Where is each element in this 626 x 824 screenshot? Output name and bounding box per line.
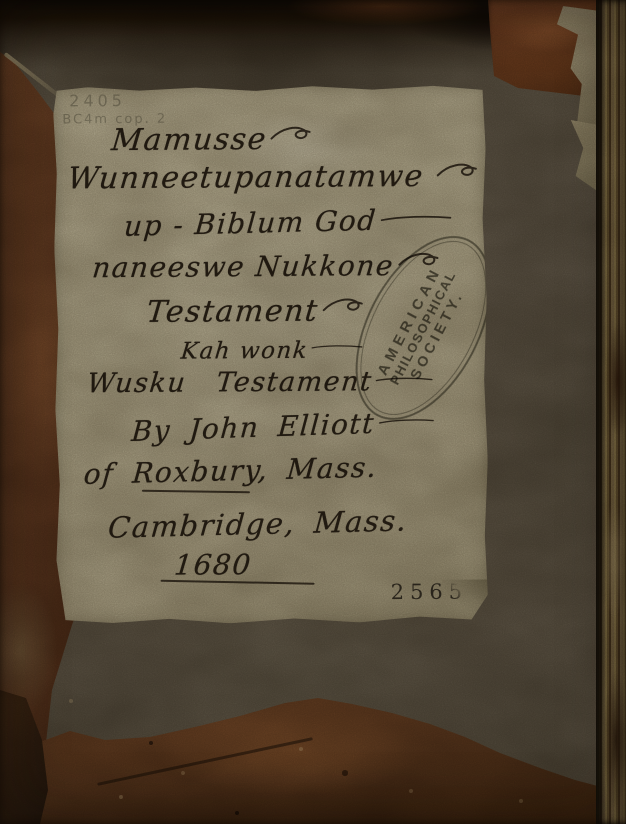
stamp-line: SOCIETY. [407, 288, 467, 383]
handwritten-text: up - Biblum God [123, 204, 378, 243]
handwritten-line-kah-wonk: Kah wonk [181, 337, 363, 364]
handwritten-line-up-biblum-god: up - Biblum God [124, 202, 452, 243]
handwritten-text: Kah wonk [180, 338, 310, 365]
book-cover-photo: 2405 BC4m cop. 2 Mamusse Wunneetupanatam… [0, 0, 626, 824]
handwritten-text: Testament [145, 294, 320, 330]
handwritten-text: naneeswe Nukkone [91, 249, 396, 284]
handwritten-text: Cambridge, Mass. [107, 503, 409, 544]
handwritten-line-testament: Testament [147, 293, 366, 330]
frayed-spine-edge [596, 0, 626, 824]
pen-flourish [427, 160, 489, 180]
handwritten-line-of-roxbury: of Roxbury, Mass. [83, 451, 377, 491]
label-corner-curl [443, 579, 489, 621]
handwritten-text: Wunneetupanatamwe [66, 159, 426, 197]
handwritten-line-wunneetupanatamwe: Wunneetupanatamwe [68, 158, 489, 196]
handwritten-text: 1680 [173, 548, 254, 582]
handwritten-line-cambridge: Cambridge, Mass. [108, 503, 408, 544]
pencil-call-number: 2405 [69, 91, 126, 110]
pen-flourish [321, 295, 365, 315]
leather-patch-bottom [0, 680, 626, 824]
pen-flourish [380, 211, 452, 225]
pasted-paper-label: 2405 BC4m cop. 2 Mamusse Wunneetupanatam… [53, 84, 489, 624]
handwritten-text: Mamusse [110, 122, 269, 158]
handwritten-text: of Roxbury, Mass. [83, 451, 379, 491]
leather-speckles [0, 0, 2, 2]
handwritten-text: By John Elliott [130, 407, 376, 448]
handwritten-text: Wusku Testament [86, 366, 374, 399]
pen-flourish [311, 340, 363, 352]
pen-flourish [270, 124, 314, 144]
stamp-line: PHILOSOPHICAL [388, 269, 460, 388]
ink-underline [142, 490, 250, 494]
ink-underline [161, 580, 315, 585]
handwritten-line-mamusse: Mamusse [111, 122, 314, 158]
handwritten-line-1680: 1680 [174, 548, 251, 582]
